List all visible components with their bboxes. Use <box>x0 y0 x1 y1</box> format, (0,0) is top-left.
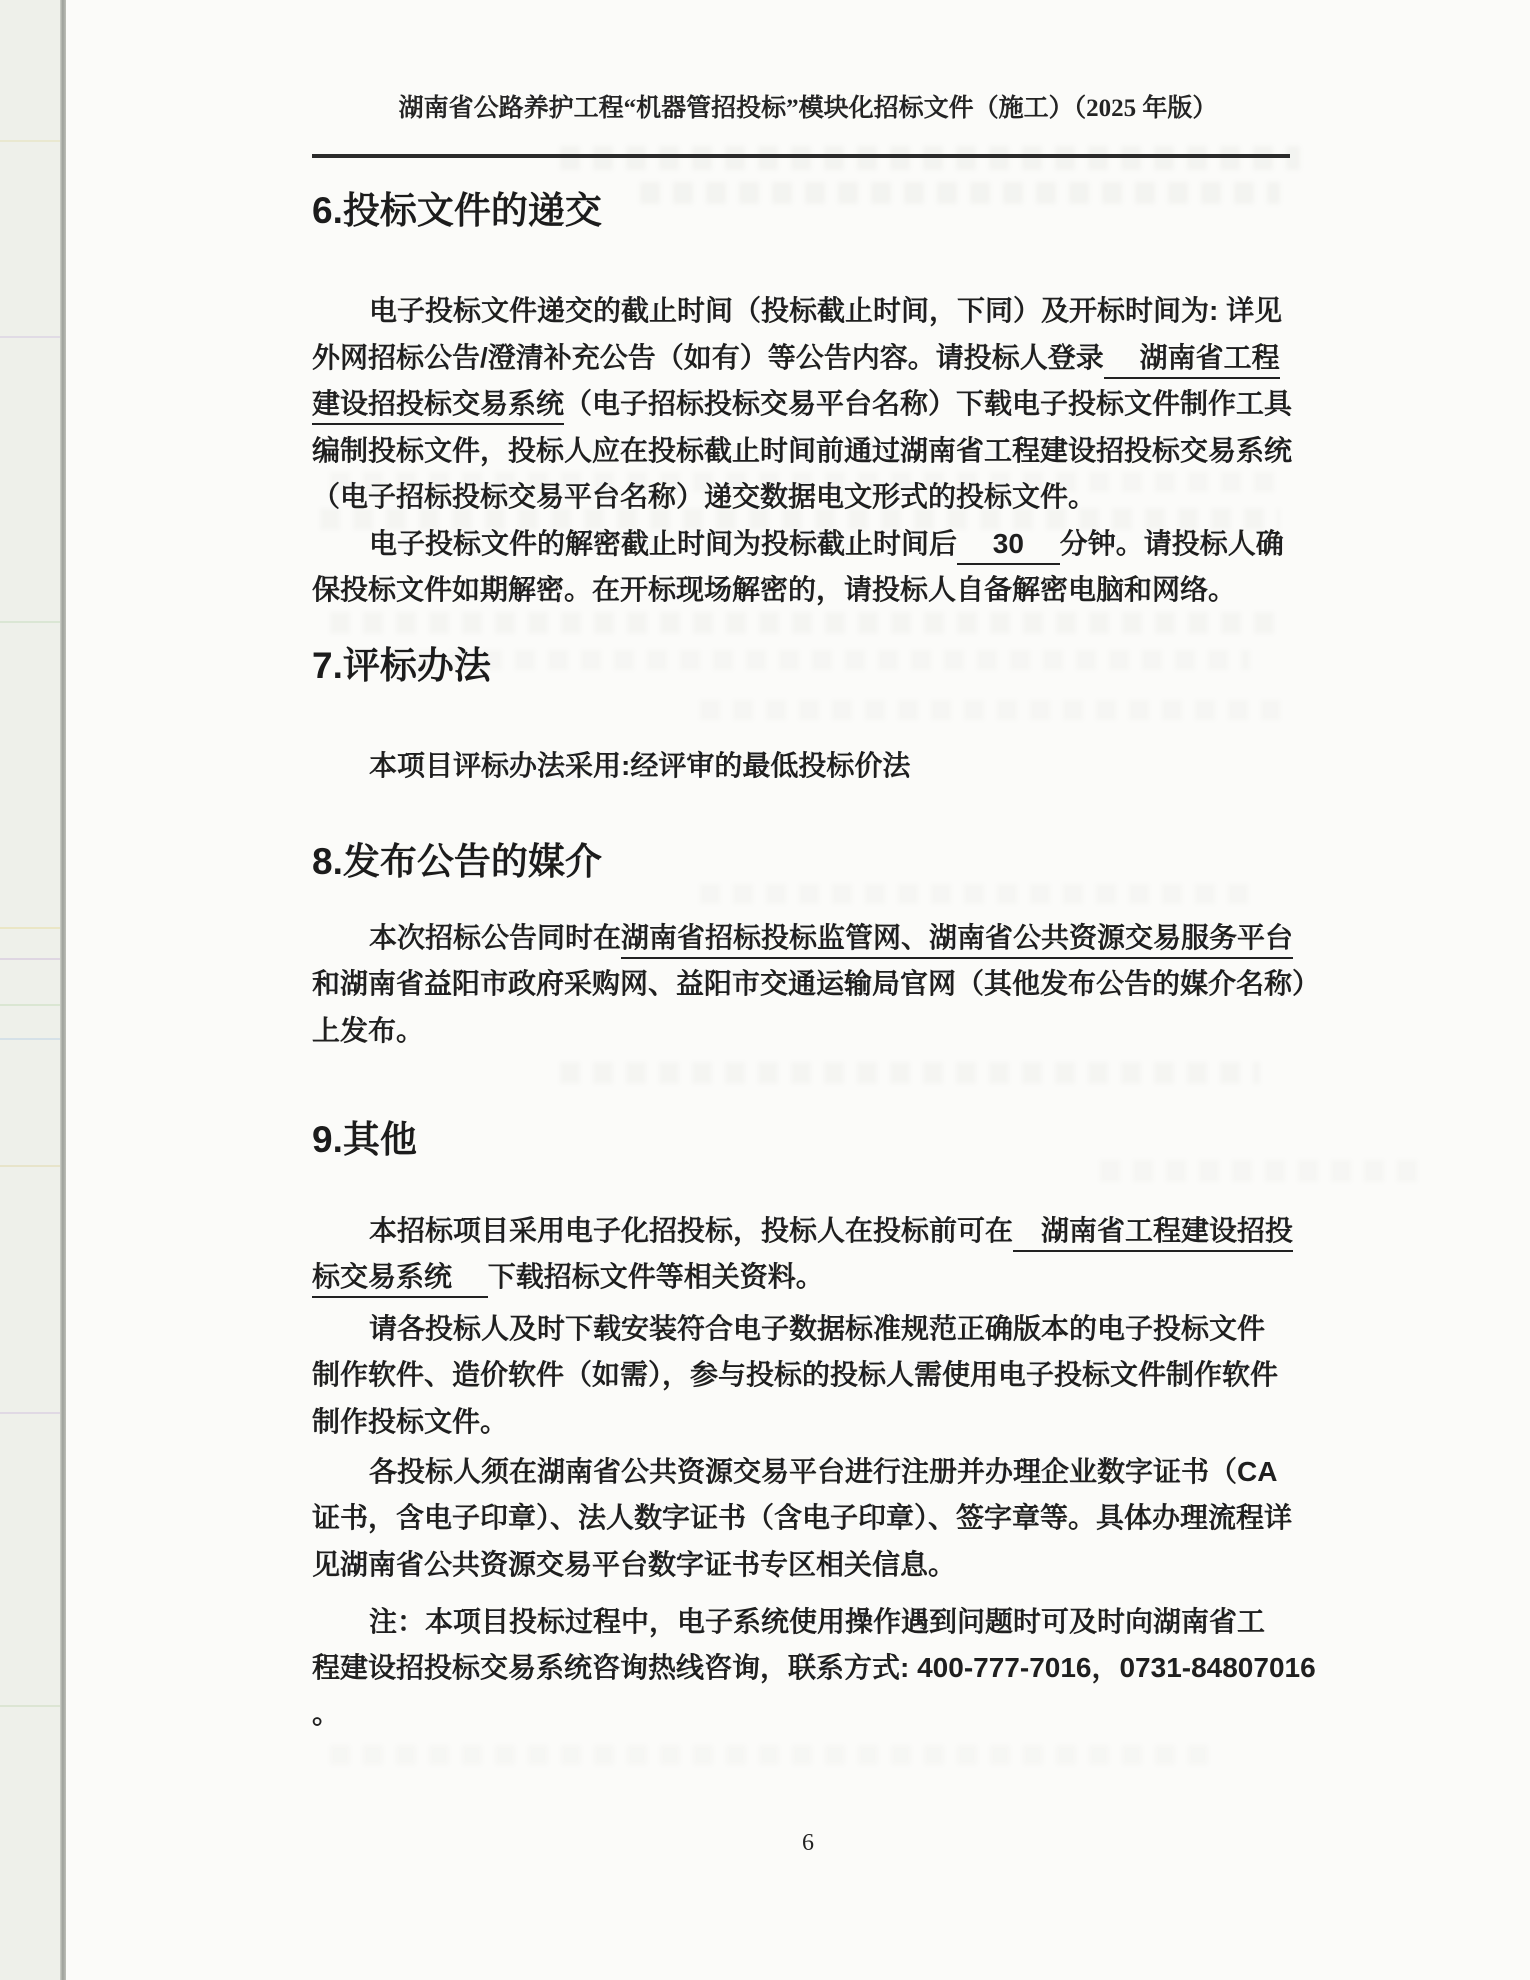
paragraph-line: 和湖南省益阳市政府采购网、益阳市交通运输局官网（其他发布公告的媒介名称） <box>312 961 1320 1007</box>
paragraph-line: 建设招投标交易系统（电子招标投标交易平台名称）下载电子投标文件制作工具 <box>312 381 1292 427</box>
text-segment: 分钟。请投标人确 <box>1060 528 1284 559</box>
section-8-title: 8.发布公告的媒介 <box>312 831 602 885</box>
scan-artifact-streak <box>0 1004 60 1006</box>
scanned-document-page: { "colors": { "paper": "#fbfbf9", "ink":… <box>0 0 1530 1980</box>
scan-artifact-streak <box>0 1412 60 1414</box>
bleed-through-artifact <box>560 1062 1260 1084</box>
section-7-title: 7.评标办法 <box>312 635 491 689</box>
paragraph-line: 本招标项目采用电子化招投标，投标人在投标前可在 湖南省工程建设招投 <box>312 1208 1293 1254</box>
underlined-platform-name: 湖南省工程建设招投 <box>1013 1215 1293 1252</box>
paragraph-line: 请各投标人及时下载安装符合电子数据标准规范正确版本的电子投标文件 <box>312 1306 1265 1352</box>
underlined-media-names: 湖南省招标投标监管网、湖南省公共资源交易服务平台 <box>621 922 1293 959</box>
paragraph-line: 保投标文件如期解密。在开标现场解密的，请投标人自备解密电脑和网络。 <box>312 567 1236 613</box>
paragraph-line: 本次招标公告同时在湖南省招标投标监管网、湖南省公共资源交易服务平台 <box>312 915 1293 961</box>
scan-edge-band <box>0 0 60 1980</box>
text-segment: 本招标项目采用电子化招投标，投标人在投标前可在 <box>369 1215 1013 1246</box>
bleed-through-artifact <box>330 1745 1210 1765</box>
page-number: 6 <box>312 1830 1304 1857</box>
text-segment: 下载招标文件等相关资料。 <box>488 1261 824 1292</box>
text-segment: 本次招标公告同时在 <box>369 922 621 953</box>
bleed-through-artifact <box>700 700 1280 720</box>
underlined-blank-platform-name: 湖南省工程 <box>1104 342 1280 379</box>
bleed-through-artifact <box>700 884 1260 904</box>
paragraph-line: 注：本项目投标过程中，电子系统使用操作遇到问题时可及时向湖南省工 <box>312 1599 1265 1645</box>
paragraph-line: 制作软件、造价软件（如需），参与投标的投标人需使用电子投标文件制作软件 <box>312 1352 1278 1398</box>
bleed-through-artifact <box>560 146 1300 170</box>
paragraph-line: 。 <box>312 1691 340 1737</box>
underlined-platform-name: 标交易系统 <box>312 1261 488 1298</box>
scan-artifact-streak <box>0 140 60 142</box>
header-rule <box>312 154 1290 158</box>
scan-artifact-streak <box>0 958 60 960</box>
underlined-platform-name: 建设招投标交易系统 <box>312 388 564 425</box>
scan-artifact-streak <box>0 1165 60 1167</box>
section-9-title: 9.其他 <box>312 1109 417 1163</box>
bleed-through-artifact <box>330 612 1280 634</box>
paragraph-line: 程建设招投标交易系统咨询热线咨询，联系方式: 400-777-7016，0731… <box>312 1645 1316 1691</box>
page-header: 湖南省公路养护工程“机器管招投标”模块化招标文件（施工）（2025 年版） <box>312 88 1304 124</box>
section-6-title: 6.投标文件的递交 <box>312 180 602 234</box>
text-segment: 外网招标公告/澄清补充公告（如有）等公告内容。请投标人登录 <box>312 342 1104 373</box>
paragraph-line: 标交易系统 下载招标文件等相关资料。 <box>312 1254 824 1300</box>
paragraph-line: 电子投标文件递交的截止时间（投标截止时间，下同）及开标时间为: 详见 <box>312 288 1282 334</box>
scan-artifact-streak <box>0 1705 60 1707</box>
scan-artifact-streak <box>0 927 60 929</box>
paragraph-line: 外网招标公告/澄清补充公告（如有）等公告内容。请投标人登录 湖南省工程 <box>312 335 1280 381</box>
scan-artifact-streak <box>0 336 60 338</box>
paragraph-line: 上发布。 <box>312 1008 424 1054</box>
paragraph-line: （电子招标投标交易平台名称）递交数据电文形式的投标文件。 <box>312 474 1096 520</box>
paragraph-line: 制作投标文件。 <box>312 1399 508 1445</box>
scan-artifact-streak <box>0 621 60 623</box>
text-segment: （电子招标投标交易平台名称）下载电子投标文件制作工具 <box>564 388 1292 419</box>
underlined-blank-minutes-value: 30 <box>957 528 1060 565</box>
paragraph-line: 本项目评标办法采用:经评审的最低投标价法 <box>312 743 910 789</box>
paragraph-line: 各投标人须在湖南省公共资源交易平台进行注册并办理企业数字证书（CA <box>312 1449 1277 1495</box>
scan-edge-line <box>60 0 66 1980</box>
paragraph-line: 电子投标文件的解密截止时间为投标截止时间后 30 分钟。请投标人确 <box>312 521 1284 567</box>
bleed-through-artifact <box>1100 1160 1430 1182</box>
paragraph-line: 编制投标文件，投标人应在投标截止时间前通过湖南省工程建设招投标交易系统 <box>312 428 1292 474</box>
paragraph-line: 证书，含电子印章）、法人数字证书（含电子印章）、签字章等。具体办理流程详 <box>312 1495 1292 1541</box>
scan-artifact-streak <box>0 1038 60 1040</box>
bleed-through-artifact <box>640 182 1280 204</box>
text-segment: 电子投标文件的解密截止时间为投标截止时间后 <box>369 528 957 559</box>
paragraph-line: 见湖南省公共资源交易平台数字证书专区相关信息。 <box>312 1542 956 1588</box>
